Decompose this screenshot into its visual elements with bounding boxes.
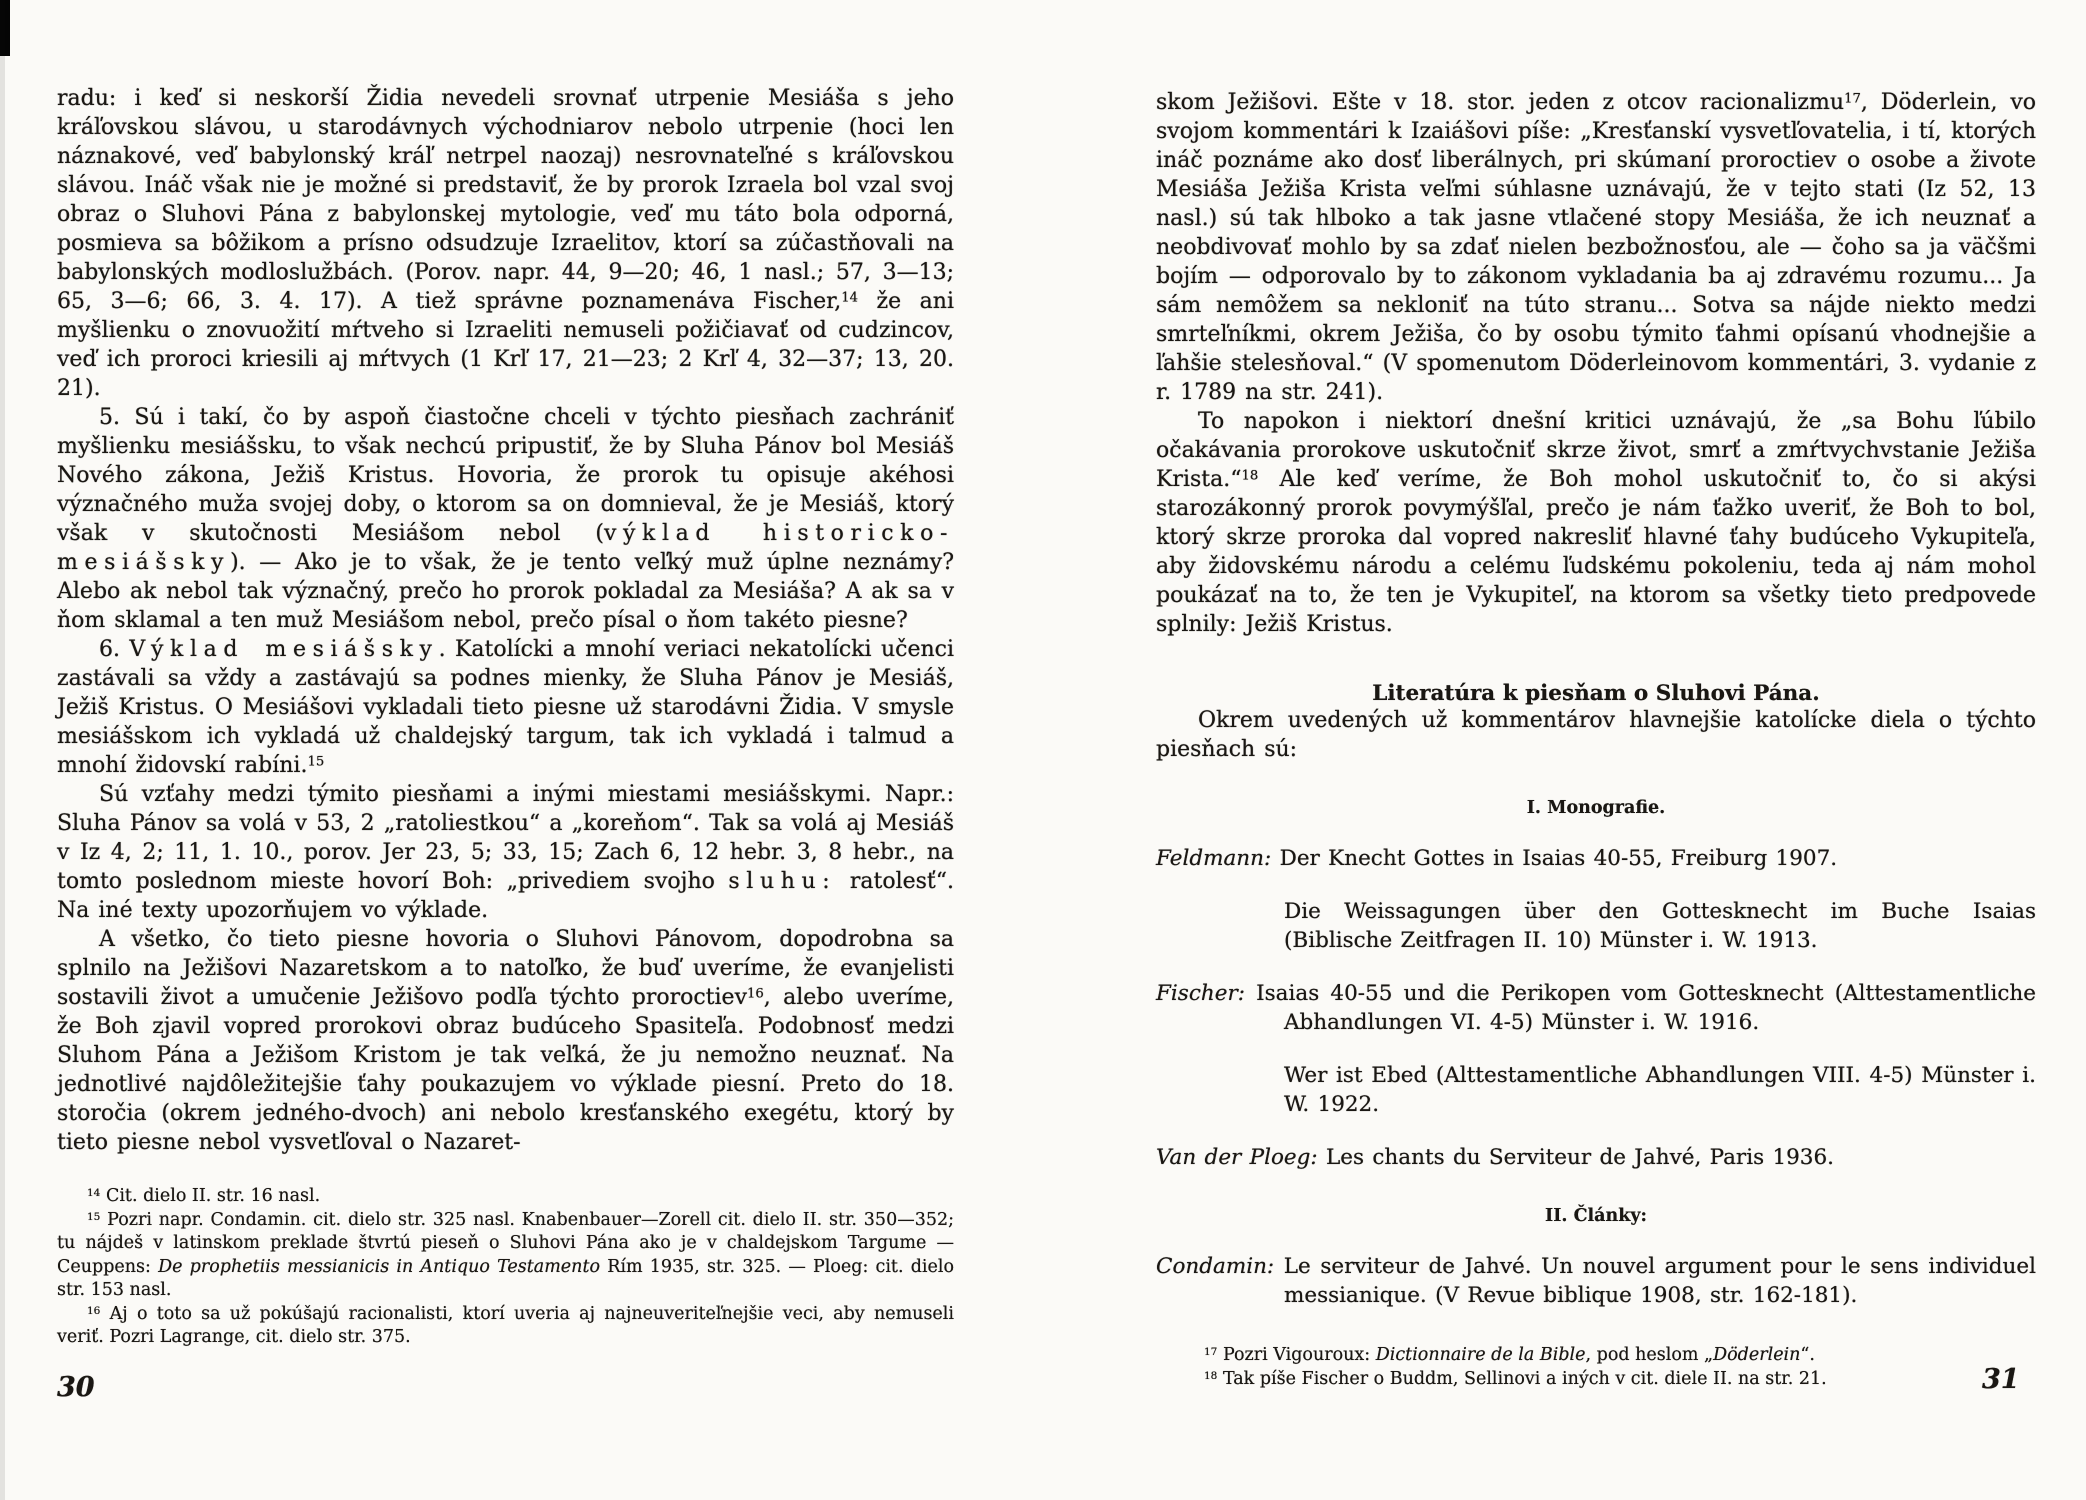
text-run: Pozri Vigouroux:: [1217, 1345, 1375, 1365]
text-run: 6.: [99, 637, 129, 662]
bibliography-work: Isaias 40-55 und die Perikopen vom Gotte…: [1256, 981, 2036, 1035]
bibliography-entry: Fischer: Isaias 40-55 und die Perikopen …: [1156, 979, 2036, 1037]
text-run: Ale keď veríme, že Boh mohol uskutočniť …: [1156, 467, 2036, 637]
page-number-31: 31: [1982, 1364, 2020, 1395]
footnote-marker: 15: [307, 754, 324, 769]
bibliography-entry: Wer ist Ebed (Alttestamentliche Abhandlu…: [1156, 1061, 2036, 1119]
bibliography-section-title: II. Články:: [1156, 1206, 2036, 1226]
text-run: sluhu:: [728, 869, 836, 894]
scan-edge-shadow: [0, 0, 5, 1500]
text-run: Výklad mesiášsky: [129, 637, 438, 662]
text-run: Döderlein: [1713, 1345, 1800, 1365]
footnote: 17 Pozri Vigouroux: Dictionnaire de la B…: [1204, 1344, 2036, 1368]
paragraph: 6. Výklad mesiášsky. Katolícki a mnohí v…: [57, 635, 954, 780]
page-31-footnotes: 17 Pozri Vigouroux: Dictionnaire de la B…: [1156, 1344, 2036, 1391]
footnote: 14 Cit. dielo II. str. 16 nasl.: [57, 1185, 954, 1209]
footnote-marker: 14: [87, 1187, 100, 1199]
literature-intro: Okrem uvedených už kommentárov hlavnejši…: [1156, 706, 2036, 764]
text-run: De prophetiis messianicis in Antiquo Tes…: [158, 1257, 600, 1277]
book-spread: radu: i keď si neskorší Židia nevedeli s…: [0, 0, 2086, 1500]
text-run: Cit. dielo II. str. 16 nasl.: [100, 1186, 320, 1206]
footnote-marker: 17: [1844, 91, 1861, 106]
text-run: , Döderlein, vo svojom kommentári k Izai…: [1156, 90, 2036, 405]
text-run: radu: i keď si neskorší Židia nevedeli s…: [57, 86, 954, 314]
bibliography-entry: Van der Ploeg: Les chants du Serviteur d…: [1156, 1143, 2036, 1172]
paragraph: skom Ježišovi. Ešte v 18. stor. jeden z …: [1156, 88, 2036, 407]
page-30-body-text: radu: i keď si neskorší Židia nevedeli s…: [57, 84, 954, 1157]
bibliography-entry: Feldmann: Der Knecht Gottes in Isaias 40…: [1156, 844, 2036, 873]
text-run: , pod heslom „: [1586, 1345, 1714, 1365]
footnote: 18 Tak píše Fischer o Buddm, Sellinovi a…: [1204, 1368, 2036, 1392]
bibliography-author: Condamin:: [1156, 1254, 1284, 1279]
page-31-body-text: skom Ježišovi. Ešte v 18. stor. jeden z …: [1156, 88, 2036, 639]
text-run: “.: [1800, 1345, 1815, 1365]
bibliography-entry: Condamin: Le serviteur de Jahvé. Un nouv…: [1156, 1252, 2036, 1310]
footnote-marker: 15: [87, 1210, 100, 1222]
page-31-column: skom Ježišovi. Ešte v 18. stor. jeden z …: [1156, 88, 2036, 1391]
footnote-marker: 18: [1204, 1369, 1217, 1381]
bibliography-work: Wer ist Ebed (Alttestamentliche Abhandlu…: [1284, 1063, 2036, 1117]
footnote-marker: 17: [1204, 1346, 1217, 1358]
page-30-column: radu: i keď si neskorší Židia nevedeli s…: [57, 84, 954, 1350]
bibliography-list: Condamin: Le serviteur de Jahvé. Un nouv…: [1156, 1252, 2036, 1310]
bibliography-work: Le serviteur de Jahvé. Un nouvel argumen…: [1284, 1254, 2036, 1308]
bibliography-author: Van der Ploeg:: [1156, 1145, 1326, 1170]
text-run: Tak píše Fischer o Buddm, Sellinovi a in…: [1217, 1369, 1826, 1389]
paragraph: 5. Sú i takí, čo by aspoň čiastočne chce…: [57, 403, 954, 635]
bibliography-entry: Die Weissagungen über den Gottesknecht i…: [1156, 897, 2036, 955]
footnote-marker: 16: [747, 986, 764, 1001]
page-30-footnotes: 14 Cit. dielo II. str. 16 nasl.15 Pozri …: [57, 1185, 954, 1350]
footnote-marker: 14: [841, 290, 858, 305]
text-run: Dictionnaire de la Bible: [1376, 1345, 1586, 1365]
footnote-marker: 16: [87, 1304, 100, 1316]
bibliography-author: Feldmann:: [1156, 846, 1280, 871]
text-run: , alebo uveríme, že Boh zjavil vopred pr…: [57, 985, 954, 1155]
literature-heading: Literatúra k piesňam o Sluhovi Pána.: [1156, 681, 2036, 706]
footnote: 15 Pozri napr. Condamin. cit. dielo str.…: [57, 1209, 954, 1303]
paragraph: A všetko, čo tieto piesne hovoria o Sluh…: [57, 925, 954, 1157]
bibliography-section-title: I. Monografie.: [1156, 798, 2036, 818]
bibliography-list: Feldmann: Der Knecht Gottes in Isaias 40…: [1156, 844, 2036, 1172]
page-number-30: 30: [57, 1372, 95, 1403]
bibliography-author: Fischer:: [1156, 981, 1256, 1006]
bibliography-work: Die Weissagungen über den Gottesknecht i…: [1284, 899, 2036, 953]
bibliography-work: Der Knecht Gottes in Isaias 40-55, Freib…: [1280, 846, 1838, 871]
text-run: skom Ježišovi. Ešte v 18. stor. jeden z …: [1156, 90, 1844, 115]
footnote: 16 Aj o toto sa už pokúšajú racionalisti…: [57, 1303, 954, 1350]
paragraph: Sú vzťahy medzi týmito piesňami a inými …: [57, 780, 954, 925]
footnote-marker: 18: [1241, 468, 1258, 483]
bibliography-work: Les chants du Serviteur de Jahvé, Paris …: [1326, 1145, 1834, 1170]
paragraph: To napokon i niektorí dnešní kritici uzn…: [1156, 407, 2036, 639]
bibliography-sections: I. Monografie.Feldmann: Der Knecht Gotte…: [1156, 798, 2036, 1310]
paragraph: radu: i keď si neskorší Židia nevedeli s…: [57, 84, 954, 403]
text-run: Aj o toto sa už pokúšajú racionalisti, k…: [57, 1304, 954, 1348]
